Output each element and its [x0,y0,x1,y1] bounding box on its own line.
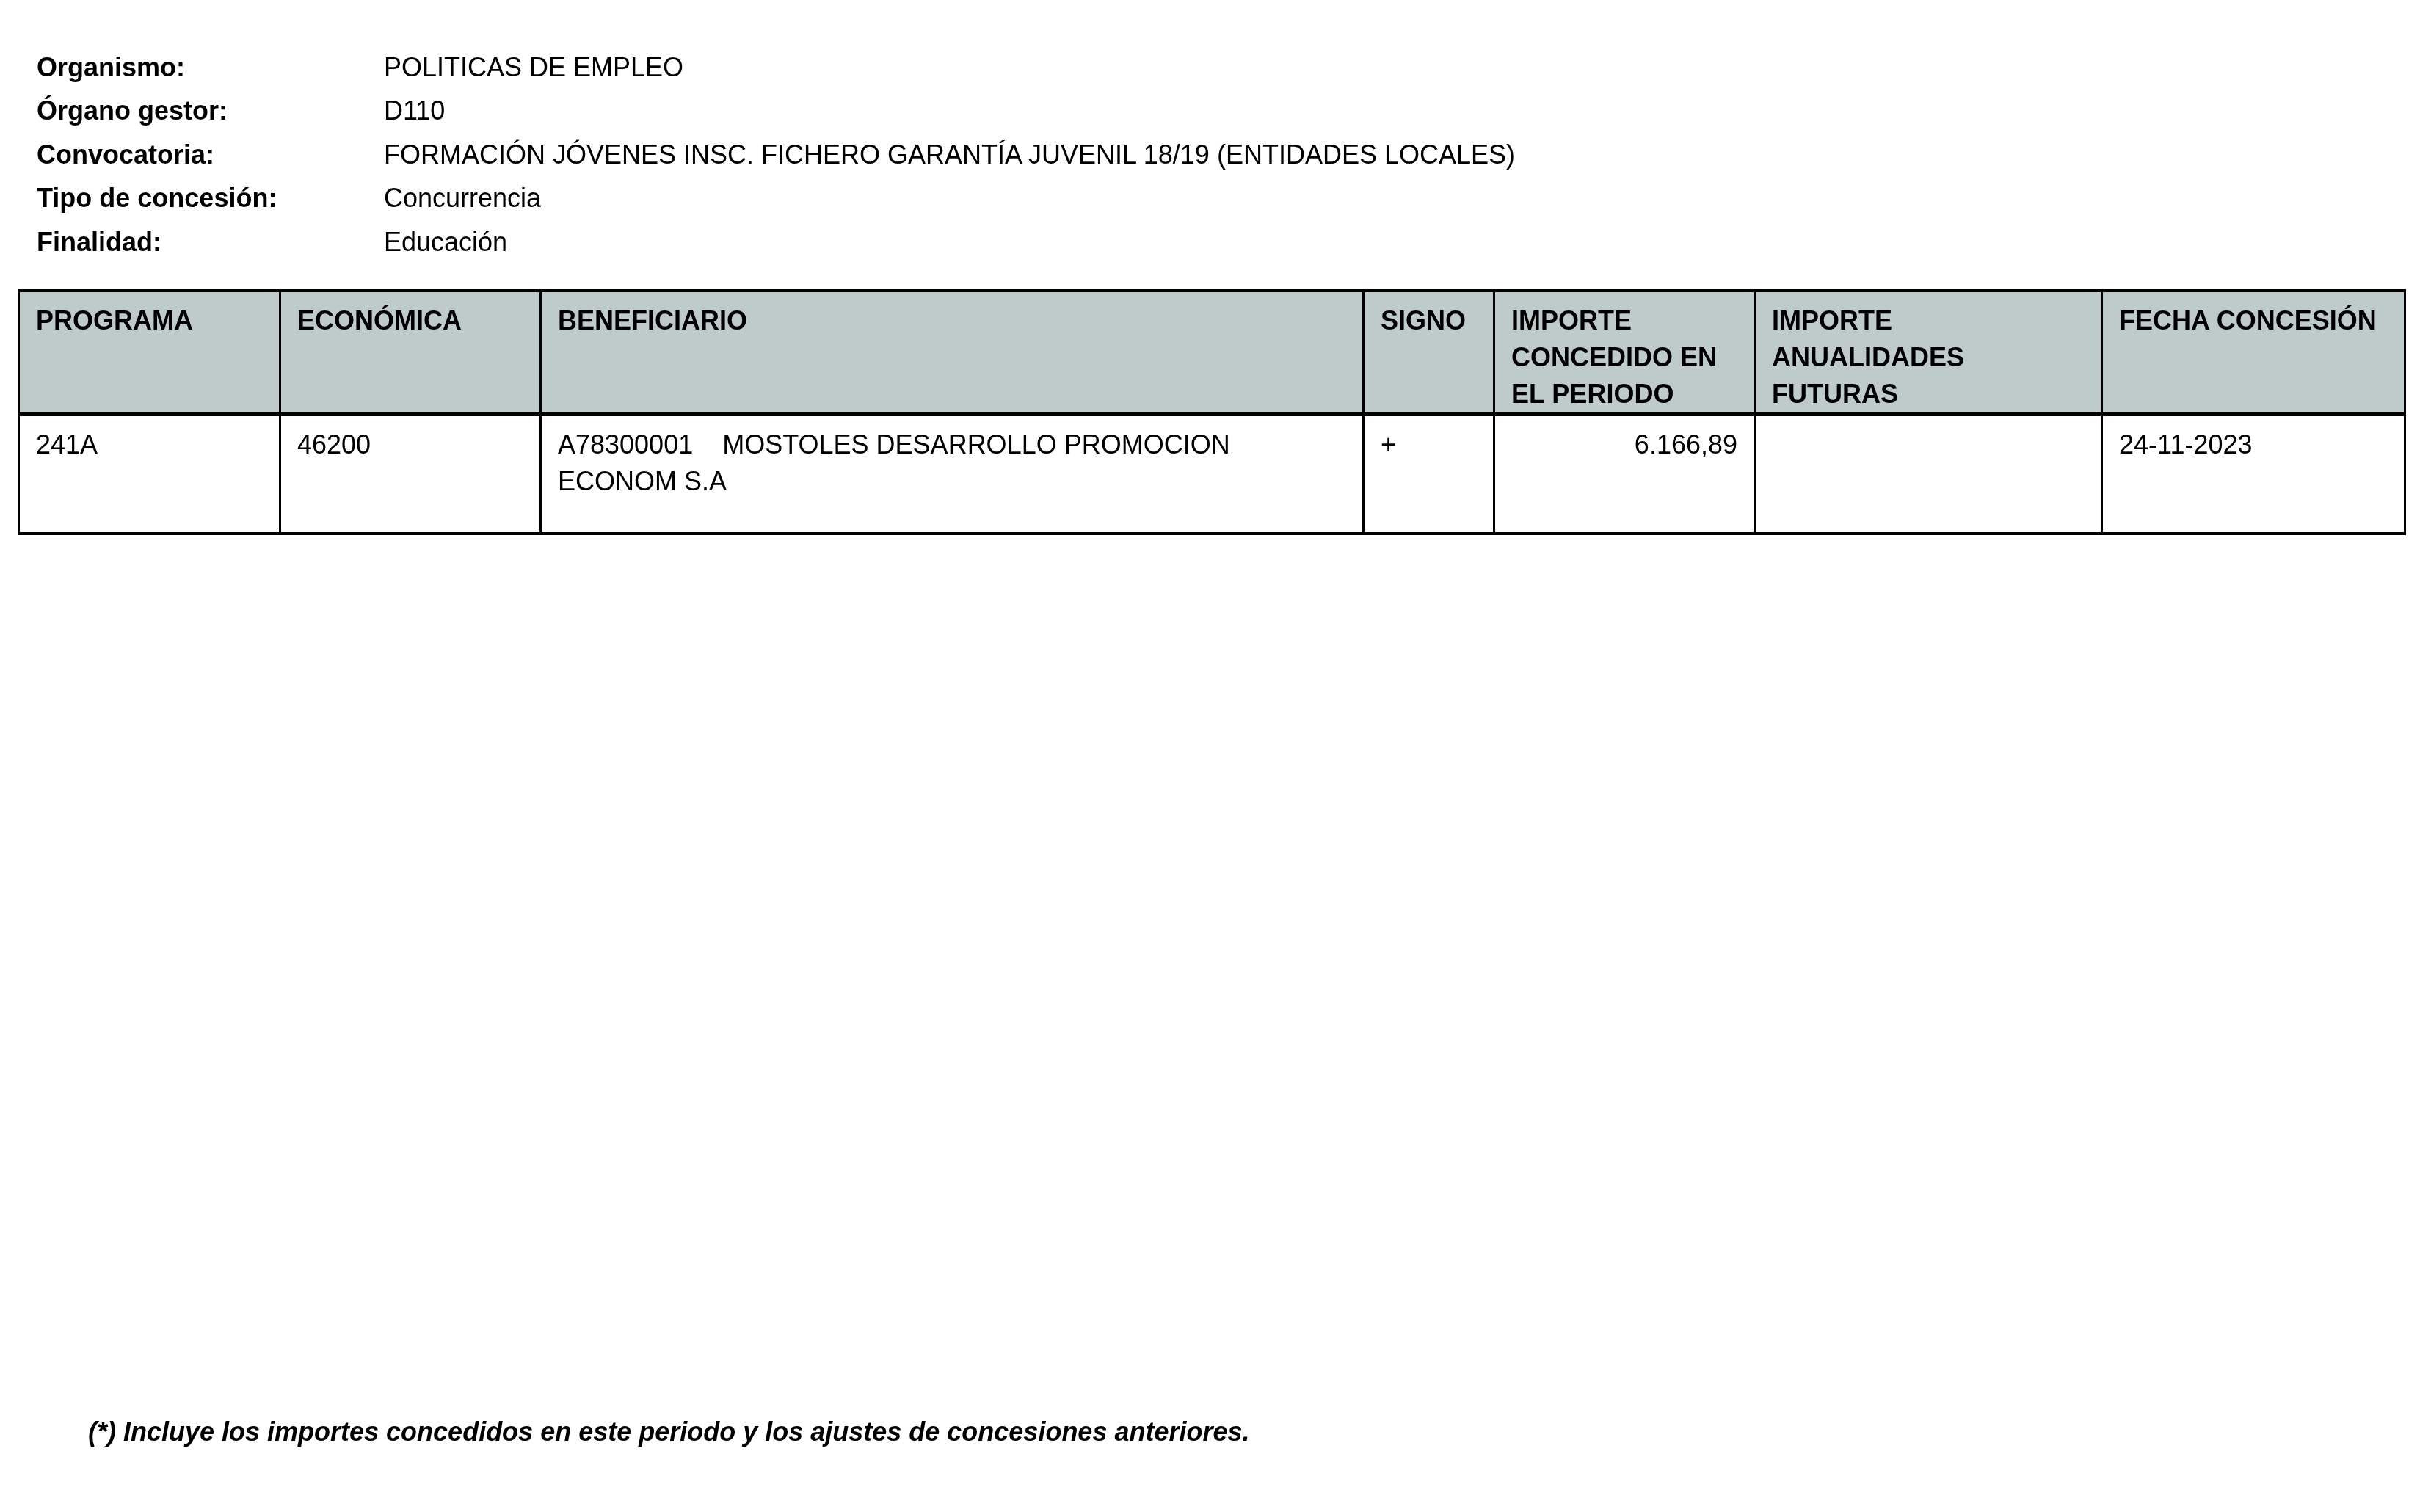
col-header-fecha: FECHA CONCESIÓN [2102,291,2405,415]
meta-label: Convocatoria: [37,139,384,170]
meta-value: Educación [384,227,507,258]
cell-economica: 46200 [280,415,541,534]
footnote: (*) Incluye los importes concedidos en e… [88,1417,1250,1447]
col-header-importe-futuras: IMPORTE ANUALIDADES FUTURAS [1755,291,2102,415]
meta-value: Concurrencia [384,183,541,214]
table-header-row: PROGRAMA ECONÓMICA BENEFICIARIO SIGNO IM… [19,291,2405,415]
meta-label: Finalidad: [37,227,384,258]
beneficiario-id: A78300001 [558,429,693,459]
cell-fecha: 24-11-2023 [2102,415,2405,534]
col-header-beneficiario: BENEFICIARIO [541,291,1364,415]
meta-label: Organismo: [37,52,384,83]
meta-row-finalidad: Finalidad: Educación [37,220,1515,264]
col-header-programa: PROGRAMA [19,291,280,415]
cell-importe-futuras [1755,415,2102,534]
grant-metadata: Organismo: POLITICAS DE EMPLEO Órgano ge… [37,46,1515,264]
cell-signo: + [1364,415,1494,534]
meta-row-organismo: Organismo: POLITICAS DE EMPLEO [37,46,1515,90]
meta-row-organo-gestor: Órgano gestor: D110 [37,90,1515,134]
meta-row-tipo-concesion: Tipo de concesión: Concurrencia [37,177,1515,221]
table-row: 241A 46200 A78300001 MOSTOLES DESARROLLO… [19,415,2405,534]
col-header-economica: ECONÓMICA [280,291,541,415]
cell-programa: 241A [19,415,280,534]
meta-value: FORMACIÓN JÓVENES INSC. FICHERO GARANTÍA… [384,139,1515,170]
cell-beneficiario: A78300001 MOSTOLES DESARROLLO PROMOCION … [541,415,1364,534]
meta-value: D110 [384,95,445,126]
col-header-signo: SIGNO [1364,291,1494,415]
col-header-importe-periodo: IMPORTE CONCEDIDO EN EL PERIODO [1494,291,1755,415]
meta-label: Órgano gestor: [37,95,384,126]
meta-label: Tipo de concesión: [37,183,384,214]
cell-importe-periodo: 6.166,89 [1494,415,1755,534]
meta-row-convocatoria: Convocatoria: FORMACIÓN JÓVENES INSC. FI… [37,133,1515,177]
meta-value: POLITICAS DE EMPLEO [384,52,683,83]
grants-table: PROGRAMA ECONÓMICA BENEFICIARIO SIGNO IM… [18,289,2406,535]
